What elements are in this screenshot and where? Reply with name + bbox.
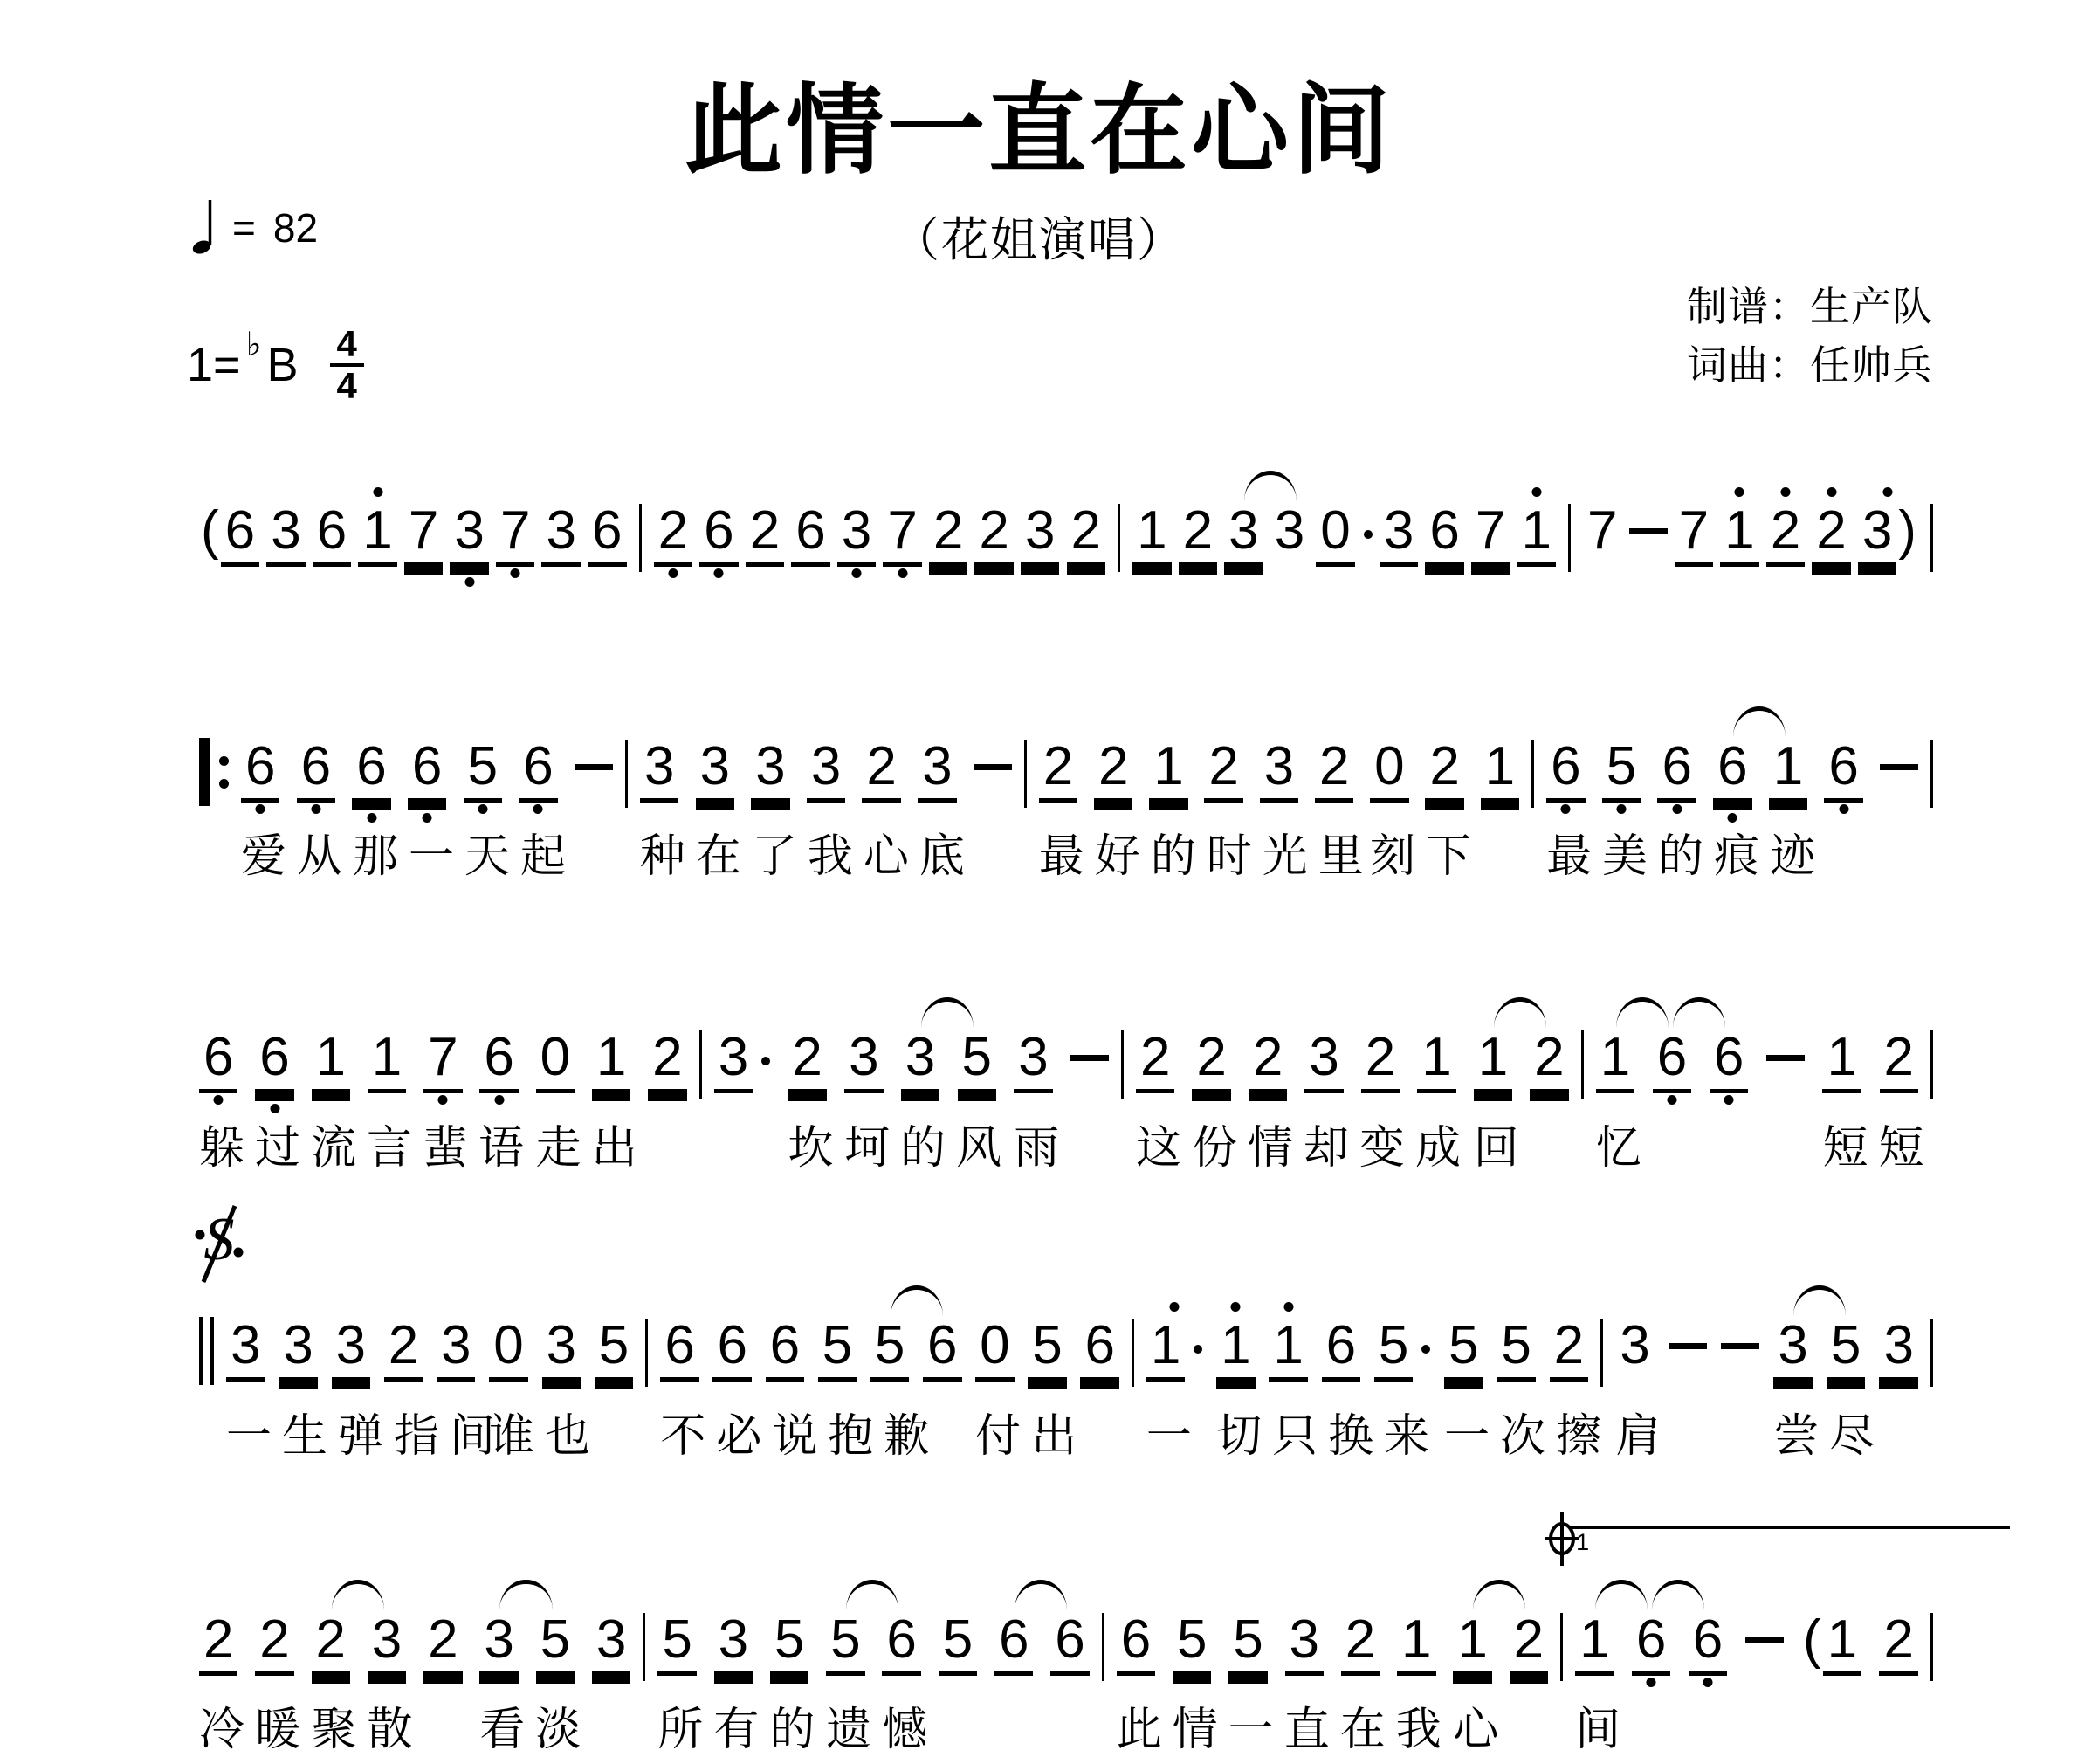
- note-digit: 6: [519, 738, 557, 803]
- note-digit: 2: [312, 1611, 350, 1676]
- note-token: 3: [751, 738, 789, 803]
- high-octave-dot: [1735, 487, 1744, 497]
- note-token: 6: [199, 1029, 237, 1093]
- note-digit: 1: [1417, 1029, 1455, 1093]
- lyric-chunk: 回: [1474, 1111, 1530, 1176]
- measure: 65532112: [1117, 1611, 1548, 1676]
- note-token: 1: [1146, 1317, 1202, 1382]
- note-digit: 3: [1615, 1317, 1654, 1377]
- note-digit: 3: [332, 1317, 370, 1382]
- note-token: 3: [266, 502, 305, 567]
- dash-glyph: [1669, 1343, 1707, 1349]
- note-token: 3: [1304, 1029, 1343, 1093]
- score: (6361737362626372232123303671771223)6666…: [0, 0, 2078, 1764]
- note-token: 3: [541, 502, 580, 567]
- dash-glyph: [1721, 1343, 1759, 1349]
- note-token: 6: [1117, 1611, 1155, 1676]
- note-digit: 5: [1827, 1317, 1865, 1382]
- note-digit: 6: [1632, 1611, 1670, 1676]
- slur-arc: [1733, 706, 1786, 737]
- lyric-chunk: 所有的: [657, 1692, 825, 1758]
- note-token: 1: [358, 502, 396, 567]
- note-token: 5: [1173, 1611, 1211, 1676]
- note-digit: 3: [1380, 502, 1418, 567]
- note-digit: 1: [1453, 1611, 1491, 1676]
- slur-arc: [1595, 1580, 1648, 1610]
- note-token: 6: [1632, 1611, 1670, 1676]
- note-digit: 0: [975, 1317, 1014, 1382]
- note-digit: 3: [696, 738, 734, 803]
- note-token: 1: [1216, 1317, 1255, 1382]
- low-octave-dot: [1672, 804, 1682, 814]
- note-digit: 1: [312, 1029, 350, 1093]
- open-paren: (: [199, 502, 221, 562]
- note-token: 5: [870, 1317, 909, 1382]
- measure: 123303671: [1132, 502, 1556, 567]
- note-digit: 1: [1822, 1029, 1861, 1093]
- low-octave-dot: [1667, 1095, 1676, 1105]
- note-digit: 5: [1228, 1611, 1267, 1676]
- score-line-2: 666656333323221232021656616: [199, 738, 1933, 808]
- note-digit: 7: [423, 1029, 462, 1093]
- note-token: 3: [1021, 502, 1059, 567]
- note-digit: 2: [199, 1611, 237, 1676]
- dash-token: [1669, 1317, 1707, 1349]
- note-token: 3: [901, 1029, 939, 1093]
- note-token: 1: [1481, 738, 1519, 803]
- note-token: 1: [1453, 1611, 1491, 1676]
- note-digit: 3: [1260, 738, 1298, 803]
- note-digit: 2: [1766, 502, 1805, 567]
- note-token: 6: [297, 738, 335, 803]
- measure: 656616: [1546, 738, 1918, 803]
- note-digit: 2: [929, 502, 967, 567]
- note-digit: 5: [657, 1611, 696, 1676]
- note-digit: 2: [423, 1611, 462, 1676]
- note-digit: 5: [536, 1611, 575, 1676]
- note-token: 3: [542, 1317, 581, 1382]
- note-digit: 6: [408, 738, 446, 803]
- lyric-chunk: 坷的风: [844, 1111, 1012, 1176]
- measure: 661176012: [199, 1029, 687, 1093]
- note-token: 6: [1546, 738, 1585, 803]
- measure: (636173736: [199, 502, 627, 567]
- slur-arc: [1652, 1580, 1704, 1610]
- note-digit: 5: [1173, 1611, 1211, 1676]
- note-token: 1: [1575, 1611, 1614, 1676]
- note-digit: 3: [844, 1029, 883, 1093]
- note-digit: 6: [221, 502, 259, 567]
- low-octave-dot: [1647, 1678, 1656, 1687]
- note-token: 3: [807, 738, 845, 803]
- note-digit: 5: [1444, 1317, 1483, 1382]
- note-token: 3: [1879, 1317, 1917, 1382]
- note-token: (6: [199, 502, 259, 567]
- measure: 771223): [1583, 502, 1918, 567]
- note-token: 1: [1269, 1317, 1307, 1382]
- note-digit: 2: [1192, 1029, 1230, 1093]
- note-token: 3: [1615, 1317, 1654, 1377]
- high-octave-dot: [1283, 1302, 1293, 1312]
- dash-glyph: [575, 764, 613, 770]
- note-digit: 3: [714, 1611, 753, 1676]
- close-paren: ): [1896, 502, 1918, 562]
- dash-glyph: [1629, 528, 1668, 534]
- measure: 666656: [241, 738, 613, 803]
- dash-token: [974, 738, 1012, 770]
- low-octave-dot: [1617, 804, 1627, 814]
- lyrics-row: 一生弹指间谁也不必说抱歉付出一切只换来一次擦肩尝尽: [199, 1399, 1933, 1453]
- note-token: 1: [312, 1029, 350, 1093]
- barline: [1531, 740, 1534, 808]
- note-token: 2: [929, 502, 967, 567]
- dash-glyph: [1766, 1055, 1805, 1061]
- dash-glyph: [1880, 764, 1918, 770]
- note-digit: 2: [1550, 1317, 1588, 1382]
- barline: [645, 1319, 648, 1387]
- measure: 33323035: [226, 1317, 633, 1382]
- lyric-chunk: 此情一直在我: [1117, 1692, 1452, 1758]
- high-octave-dot: [1780, 487, 1790, 497]
- note-digit: 6: [241, 738, 279, 803]
- note-digit: 6: [712, 1317, 751, 1382]
- note-token: 3: [1773, 1317, 1812, 1382]
- low-octave-dot: [898, 568, 907, 578]
- note-token: 1: [1132, 502, 1171, 567]
- note-token: 6: [994, 1611, 1033, 1676]
- note-token: 2: [255, 1611, 293, 1676]
- barline: [1930, 1613, 1933, 1681]
- note-token: 5: [770, 1611, 808, 1676]
- volta-number: 1: [1576, 1529, 1589, 1556]
- lyric-chunk: 不必说抱歉: [660, 1399, 939, 1464]
- note-digit: 5: [958, 1029, 996, 1093]
- note-token: 6: [241, 738, 279, 803]
- low-octave-dot: [256, 804, 265, 814]
- open-paren: (: [1801, 1611, 1823, 1671]
- note-token: 2: [1179, 502, 1217, 567]
- note-token: 3: [279, 1317, 317, 1382]
- note-digit: 5: [870, 1317, 909, 1382]
- note-token: 3: [1014, 1029, 1052, 1093]
- note-token: 6: [882, 1611, 920, 1676]
- low-octave-dot: [1724, 1095, 1734, 1105]
- note-token: 2: [1880, 1029, 1918, 1093]
- volta-bracket: [1569, 1526, 2010, 1529]
- note-token: 2: [862, 738, 900, 803]
- note-token: 6: [1050, 1611, 1089, 1676]
- note-digit: 0: [1316, 502, 1354, 567]
- measure: 22232112: [1136, 1029, 1569, 1093]
- note-digit: 6: [791, 502, 829, 567]
- barline: [1930, 1319, 1933, 1387]
- lyric-chunk: 爱从那一天起: [241, 819, 576, 885]
- note-digit: 6: [1689, 1611, 1727, 1676]
- note-token: 2: [788, 1029, 826, 1093]
- note-token: 3: [714, 1611, 753, 1676]
- note-digit: 3: [592, 1611, 630, 1676]
- note-digit: 6: [588, 502, 626, 567]
- note-token: 0: [975, 1317, 1014, 1382]
- note-digit: 2: [1249, 1029, 1287, 1093]
- note-digit: 1: [1474, 1029, 1512, 1093]
- note-digit: 1: [1720, 502, 1758, 567]
- segno-icon: S: [194, 1202, 244, 1285]
- sheet-music-page: { "page": {"width": 2380, "height": 2020…: [0, 0, 2078, 1764]
- barline: [699, 1030, 702, 1099]
- lyric-chunk: 尝尽: [1773, 1399, 1885, 1464]
- note-digit: 6: [1653, 1029, 1691, 1093]
- note-token: 2: [1249, 1029, 1287, 1093]
- barline: [1024, 740, 1027, 808]
- lyric-chunk: 刻下: [1370, 819, 1482, 885]
- barline: [1118, 504, 1120, 572]
- note-token: 3: [844, 1029, 883, 1093]
- low-octave-dot: [668, 568, 678, 578]
- score-line-5: 2223235353556566655321121166(12: [199, 1611, 1933, 1681]
- measure: 166(12: [1575, 1611, 1918, 1676]
- note-digit: 3: [837, 502, 876, 567]
- note-digit: 1: [1517, 502, 1555, 567]
- barline: [1930, 1030, 1933, 1099]
- note-digit: 3: [1773, 1317, 1812, 1382]
- note-token: 5: [818, 1317, 857, 1382]
- barline: [1102, 1613, 1104, 1681]
- note-token: 0: [1316, 502, 1372, 567]
- note-token: 6: [588, 502, 626, 567]
- dash-token: [1880, 738, 1918, 770]
- note-digit: 6: [313, 502, 351, 567]
- note-token: 5: [536, 1611, 575, 1676]
- note-token: 3: [1380, 502, 1418, 567]
- note-digit: 3: [1879, 1317, 1917, 1382]
- note-digit: 2: [1039, 738, 1077, 803]
- svg-text:S: S: [204, 1206, 235, 1273]
- note-token: 2: [1510, 1611, 1548, 1676]
- note-token: 1: [1720, 502, 1758, 567]
- note-digit: 1: [1149, 738, 1187, 803]
- low-octave-dot: [511, 568, 520, 578]
- note-token: 6: [313, 502, 351, 567]
- note-digit: 5: [826, 1611, 864, 1676]
- barline: [643, 1613, 645, 1681]
- note-token: 6: [1653, 1029, 1691, 1093]
- slur-arc: [1244, 471, 1297, 501]
- note-token: 2: [199, 1611, 237, 1676]
- note-digit: 5: [1602, 738, 1641, 803]
- note-token: 2: [1204, 738, 1242, 803]
- lyric-chunk: 最好的时光里: [1039, 819, 1374, 885]
- measure: 53556566: [657, 1611, 1089, 1676]
- measure: 221232021: [1039, 738, 1519, 803]
- note-digit: 3: [226, 1317, 265, 1382]
- note-token: 2: [1039, 738, 1077, 803]
- note-token: 5: [958, 1029, 996, 1093]
- note-token: 6: [1080, 1317, 1118, 1382]
- note-digit: 6: [1322, 1317, 1360, 1382]
- slur-arc: [1793, 1285, 1846, 1316]
- note-token: 2: [1550, 1317, 1588, 1382]
- note-digit: 3: [1021, 502, 1059, 567]
- note-token: 3): [1858, 502, 1918, 567]
- lyric-chunk: 心: [1453, 1692, 1509, 1758]
- note-token: 5: [1228, 1611, 1267, 1676]
- note-token: 3: [1285, 1611, 1324, 1676]
- measure: 2626372232: [654, 502, 1105, 567]
- slur-arc: [332, 1580, 384, 1610]
- low-octave-dot: [311, 804, 320, 814]
- note-token: 0: [489, 1317, 527, 1382]
- note-token: 2: [1341, 1611, 1380, 1676]
- note-digit: 2: [974, 502, 1013, 567]
- note-digit: 1: [592, 1029, 630, 1093]
- lyric-chunk: 坎: [788, 1111, 843, 1176]
- measure: 666556056: [660, 1317, 1119, 1382]
- lyric-chunk: 遗憾: [826, 1692, 938, 1758]
- high-octave-dot: [1231, 1302, 1241, 1312]
- note-digit: 2: [1880, 1029, 1918, 1093]
- note-digit: 2: [1315, 738, 1353, 803]
- dash-token: [1721, 1317, 1759, 1349]
- lyric-chunk: 这份情却变成: [1136, 1111, 1471, 1176]
- note-digit: 1: [1132, 502, 1171, 567]
- note-digit: 6: [1713, 738, 1751, 803]
- note-digit: 6: [1425, 502, 1463, 567]
- slur-arc: [891, 1285, 943, 1316]
- note-digit: 5: [1374, 1317, 1413, 1382]
- note-token: 6: [479, 1029, 518, 1093]
- measure: 323353: [714, 1029, 1109, 1093]
- measure: 333323: [640, 738, 1012, 803]
- note-token: 3: [332, 1317, 370, 1382]
- note-token: 2: [384, 1317, 423, 1382]
- note-digit: 2: [1094, 738, 1132, 803]
- note-token: 3: [918, 738, 956, 803]
- note-digit: 1: [1823, 1611, 1861, 1676]
- note-digit: 6: [199, 1029, 237, 1093]
- low-octave-dot: [214, 1095, 224, 1105]
- measure: 3353: [1615, 1317, 1918, 1382]
- note-token: 5: [939, 1611, 977, 1676]
- note-token: 3: [1260, 738, 1298, 803]
- dash-token: [1629, 502, 1668, 534]
- note-digit: 6: [923, 1317, 961, 1382]
- note-token: 3: [837, 502, 876, 567]
- measure: 11165552: [1146, 1317, 1588, 1382]
- note-token: 6: [766, 1317, 804, 1382]
- note-digit: 6: [255, 1029, 293, 1093]
- note-digit: 3: [714, 1029, 753, 1093]
- note-digit: 2: [1067, 502, 1105, 567]
- note-token: 5: [1444, 1317, 1483, 1382]
- note-digit: 6: [352, 738, 390, 803]
- note-digit: 3: [751, 738, 789, 803]
- note-digit: 3: [279, 1317, 317, 1382]
- note-token: 5: [1827, 1317, 1865, 1382]
- note-digit: 3: [1014, 1029, 1052, 1093]
- dash-glyph: [1070, 1055, 1109, 1061]
- lyric-chunk: 聚散: [312, 1692, 423, 1758]
- note-token: 5: [1028, 1317, 1066, 1382]
- note-digit: 1: [1216, 1317, 1255, 1382]
- note-token: 6: [1710, 1029, 1748, 1093]
- note-token: 2: [1879, 1611, 1917, 1676]
- note-digit: 2: [1510, 1611, 1548, 1676]
- low-octave-dot: [438, 1095, 448, 1105]
- note-digit: 2: [1425, 738, 1463, 803]
- high-octave-dot: [1883, 487, 1893, 497]
- note-digit: 3: [1858, 502, 1896, 567]
- note-digit: 2: [862, 738, 900, 803]
- dash-token: [1766, 1029, 1805, 1061]
- high-octave-dot: [1827, 487, 1836, 497]
- low-octave-dot: [533, 804, 543, 814]
- note-token: 7: [1471, 502, 1510, 567]
- lyric-chunk: 间: [1575, 1692, 1631, 1758]
- note-token: 3: [437, 1317, 475, 1382]
- note-digit: 6: [297, 738, 335, 803]
- barline: [639, 504, 642, 572]
- note-digit: 6: [699, 502, 738, 567]
- note-token: 3: [1270, 502, 1309, 562]
- note-digit: 7: [404, 502, 443, 567]
- note-digit: 0: [536, 1029, 575, 1093]
- note-digit: 3: [541, 502, 580, 567]
- score-line-3: 6611760123233532223211216612: [199, 1029, 1933, 1099]
- note-token: 3: [592, 1611, 630, 1676]
- note-digit: 6: [1546, 738, 1585, 803]
- note-token: 6: [1322, 1317, 1360, 1382]
- barline: [1568, 504, 1571, 572]
- low-octave-dot: [852, 568, 862, 578]
- note-digit: 3: [368, 1611, 406, 1676]
- double-barline: [199, 1317, 214, 1385]
- note-digit: 6: [1080, 1317, 1118, 1382]
- note-token: 6: [791, 502, 829, 567]
- barline: [1930, 740, 1933, 808]
- note-digit: 2: [1879, 1611, 1917, 1676]
- note-token: 6: [1713, 738, 1751, 803]
- note-token: 2: [1766, 502, 1805, 567]
- note-digit: 6: [994, 1611, 1033, 1676]
- note-digit: 0: [489, 1317, 527, 1382]
- note-digit: 6: [766, 1317, 804, 1382]
- note-digit: 2: [255, 1611, 293, 1676]
- dash-glyph: [974, 764, 1012, 770]
- lyric-chunk: 走出: [536, 1111, 648, 1176]
- low-octave-dot: [1839, 804, 1848, 814]
- note-token: 3: [368, 1611, 406, 1676]
- barline: [1132, 1319, 1134, 1387]
- score-line-1: (6361737362626372232123303671771223): [199, 502, 1933, 572]
- augmentation-dot: [1421, 1345, 1430, 1354]
- note-token: 2: [654, 502, 692, 567]
- note-digit: 3: [479, 1611, 518, 1676]
- barline: [1930, 504, 1933, 572]
- note-token: 7: [1583, 502, 1621, 562]
- note-token: 2: [1094, 738, 1132, 803]
- slur-arc: [1673, 997, 1725, 1028]
- high-octave-dot: [1531, 487, 1541, 497]
- note-token: 0: [1370, 738, 1408, 803]
- note-token: 3: [226, 1317, 265, 1382]
- lyric-chunk: 切只换来: [1216, 1399, 1440, 1464]
- barline: [625, 740, 628, 808]
- note-token: 1: [1417, 1029, 1455, 1093]
- note-digit: 2: [1179, 502, 1217, 567]
- note-token: 6: [352, 738, 390, 803]
- note-token: 3: [714, 1029, 770, 1093]
